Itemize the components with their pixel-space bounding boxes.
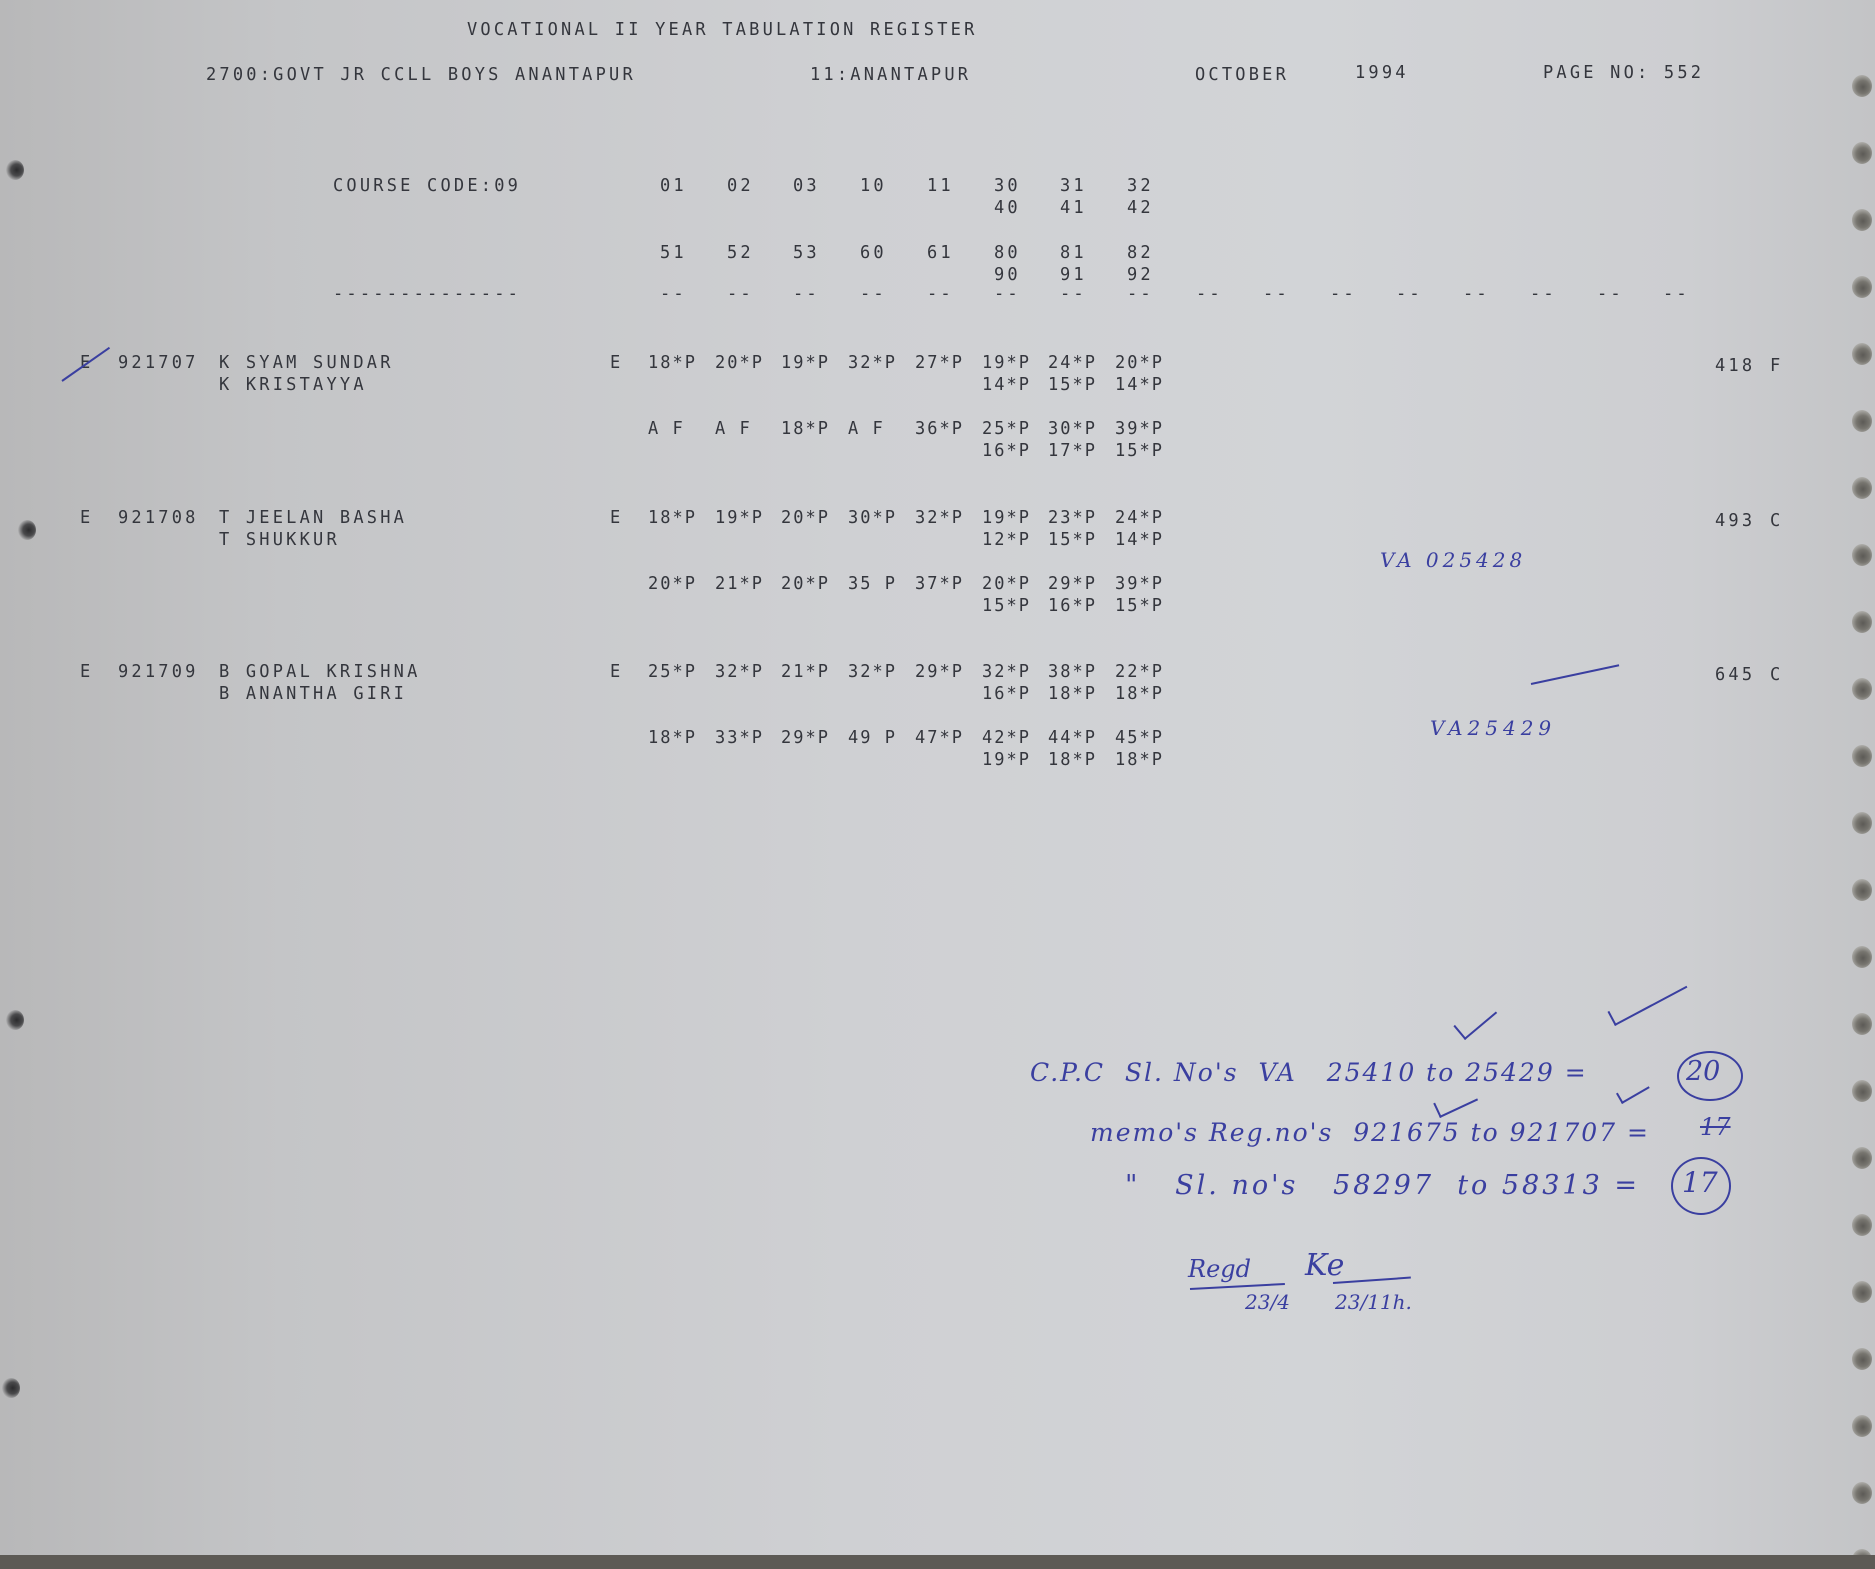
subject-mark: 32*P <box>848 353 897 374</box>
column-divider-dash: -- <box>727 284 754 305</box>
subject-mark: 30*P <box>848 508 897 529</box>
column-divider-dash: -- <box>1263 284 1290 305</box>
checkmark-icon <box>1453 999 1497 1040</box>
subject-mark: 16*P <box>982 441 1031 462</box>
subject-mark: 16*P <box>982 684 1031 705</box>
subject-mark: 49 P <box>848 728 897 749</box>
column-divider-dash: -- <box>660 284 687 305</box>
subject-mark: 32*P <box>915 508 964 529</box>
subject-mark: 24*P <box>1115 508 1164 529</box>
father-name: K KRISTAYYA <box>219 375 367 396</box>
subject-code: 53 <box>793 243 824 264</box>
column-divider-dash: -- <box>994 284 1021 305</box>
subject-code: 82 <box>1127 243 1158 264</box>
result-grade: C <box>1770 665 1783 686</box>
college-name: 2700:GOVT JR CCLL BOYS ANANTAPUR <box>206 65 636 86</box>
subject-mark: 25*P <box>982 419 1031 440</box>
feed-hole-icon <box>1852 1482 1872 1504</box>
feed-hole-icon <box>1852 946 1872 968</box>
subject-mark: 14*P <box>982 375 1031 396</box>
subject-code: 61 <box>927 243 958 264</box>
feed-hole-icon <box>1852 1348 1872 1370</box>
subject-mark: 36*P <box>915 419 964 440</box>
subject-mark: 44*P <box>1048 728 1097 749</box>
subject-mark: 24*P <box>1048 353 1097 374</box>
subject-mark: 18*P <box>648 728 697 749</box>
subject-mark: 33*P <box>715 728 764 749</box>
feed-hole-icon <box>1852 209 1872 231</box>
subject-mark: 18*P <box>1115 750 1164 771</box>
subject-mark: A F <box>715 419 752 440</box>
subject-code: 30 <box>994 176 1025 197</box>
column-divider-dash: -- <box>1463 284 1490 305</box>
feed-hole-icon <box>1852 1281 1872 1303</box>
subject-code: 51 <box>660 243 691 264</box>
subject-mark: 16*P <box>1048 596 1097 617</box>
feed-hole-icon <box>1852 410 1872 432</box>
feed-hole-icon <box>1852 879 1872 901</box>
total-marks: 645 <box>1715 665 1755 686</box>
column-divider-dash: -- <box>1060 284 1087 305</box>
subject-mark: 15*P <box>1115 441 1164 462</box>
course-code-label: COURSE CODE:09 <box>333 176 521 197</box>
subject-mark: 14*P <box>1115 530 1164 551</box>
subject-code: 92 <box>1127 265 1158 286</box>
feed-hole-icon <box>1852 1080 1872 1102</box>
punch-hole-icon <box>6 160 24 180</box>
subject-mark: 14*P <box>1115 375 1164 396</box>
subject-mark: 38*P <box>1048 662 1097 683</box>
subject-mark: 19*P <box>715 508 764 529</box>
pen-stroke <box>1531 664 1619 685</box>
exam-year: 1994 <box>1355 63 1409 84</box>
language-code: E <box>610 508 623 529</box>
feed-hole-icon <box>1852 343 1872 365</box>
page-number: PAGE NO: 552 <box>1543 63 1704 84</box>
student-name: K SYAM SUNDAR <box>219 353 394 374</box>
subject-code: 10 <box>860 176 891 197</box>
signature-regd: Regd <box>1188 1255 1251 1283</box>
feed-hole-icon <box>1852 812 1872 834</box>
subject-code: 41 <box>1060 198 1091 219</box>
subject-mark: 19*P <box>982 750 1031 771</box>
subject-mark: 23*P <box>1048 508 1097 529</box>
subject-mark: 17*P <box>1048 441 1097 462</box>
signature-date-right: 23/11h. <box>1335 1290 1412 1314</box>
memo-count-struck: 17 <box>1700 1113 1731 1141</box>
checkmark-icon <box>1433 1086 1478 1118</box>
column-divider-dash: -- <box>860 284 887 305</box>
feed-hole-icon <box>1852 1147 1872 1169</box>
subject-mark: 18*P <box>781 419 830 440</box>
subject-code: 02 <box>727 176 758 197</box>
medium-code: E <box>80 508 93 529</box>
punch-hole-icon <box>6 1010 24 1030</box>
column-divider-dash: -- <box>793 284 820 305</box>
subject-mark: 20*P <box>781 508 830 529</box>
column-divider-dash: -- <box>1196 284 1223 305</box>
subject-mark: 19*P <box>781 353 830 374</box>
subject-mark: 29*P <box>781 728 830 749</box>
certificate-annotation: VA25429 <box>1430 716 1556 740</box>
checkmark-icon <box>1607 973 1687 1026</box>
subject-code: 90 <box>994 265 1025 286</box>
feed-hole-icon <box>1852 1214 1872 1236</box>
subject-code: 01 <box>660 176 691 197</box>
feed-hole-icon <box>1852 477 1872 499</box>
result-grade: F <box>1770 356 1783 377</box>
student-name: T JEELAN BASHA <box>219 508 407 529</box>
column-divider-dash: -- <box>1530 284 1557 305</box>
medium-code: E <box>80 662 93 683</box>
subject-mark: 32*P <box>848 662 897 683</box>
subject-mark: 42*P <box>982 728 1031 749</box>
feed-hole-icon <box>1852 745 1872 767</box>
subject-mark: 25*P <box>648 662 697 683</box>
checkmark-icon <box>1616 1078 1650 1104</box>
signature-initials: Ke <box>1305 1248 1344 1283</box>
subject-mark: 18*P <box>1048 750 1097 771</box>
column-divider-dash: -- <box>1597 284 1624 305</box>
subject-code: 11 <box>927 176 958 197</box>
column-divider-dash: -- <box>1396 284 1423 305</box>
subject-mark: 21*P <box>781 662 830 683</box>
subject-mark: 32*P <box>982 662 1031 683</box>
district-name: 11:ANANTAPUR <box>810 65 971 86</box>
subject-mark: 19*P <box>982 353 1031 374</box>
subject-mark: A F <box>848 419 885 440</box>
student-name: B GOPAL KRISHNA <box>219 662 421 683</box>
punch-hole-icon <box>2 1378 20 1398</box>
register-number: 921709 <box>118 662 199 683</box>
register-number: 921708 <box>118 508 199 529</box>
signature-underline <box>1190 1283 1285 1290</box>
feed-hole-icon <box>1852 75 1872 97</box>
subject-mark: 20*P <box>781 574 830 595</box>
column-divider-dash: -- <box>1127 284 1154 305</box>
register-number: 921707 <box>118 353 199 374</box>
memo-reg-range: memo's Reg.no's 921675 to 921707 = <box>1090 1118 1650 1147</box>
subject-mark: 22*P <box>1115 662 1164 683</box>
subject-mark: 20*P <box>648 574 697 595</box>
subject-mark: 35 P <box>848 574 897 595</box>
memo-serial-count: 17 <box>1682 1166 1718 1199</box>
subject-code: 40 <box>994 198 1025 219</box>
subject-mark: 32*P <box>715 662 764 683</box>
scanned-document-page: VOCATIONAL II YEAR TABULATION REGISTER 2… <box>0 0 1875 1569</box>
subject-mark: 29*P <box>1048 574 1097 595</box>
subject-code: 32 <box>1127 176 1158 197</box>
subject-mark: 21*P <box>715 574 764 595</box>
signature-date-left: 23/4 <box>1245 1290 1290 1314</box>
certificate-annotation: VA 025428 <box>1380 548 1526 572</box>
subject-mark: 45*P <box>1115 728 1164 749</box>
subject-mark: 20*P <box>715 353 764 374</box>
exam-month: OCTOBER <box>1195 65 1289 86</box>
subject-mark: 37*P <box>915 574 964 595</box>
language-code: E <box>610 662 623 683</box>
subject-mark: 20*P <box>1115 353 1164 374</box>
feed-hole-icon <box>1852 611 1872 633</box>
signature-stroke <box>1333 1277 1411 1284</box>
cpc-count: 20 <box>1686 1056 1720 1087</box>
father-name: B ANANTHA GIRI <box>219 684 407 705</box>
feed-hole-icon <box>1852 1013 1872 1035</box>
language-code: E <box>610 353 623 374</box>
subject-mark: 19*P <box>982 508 1031 529</box>
feed-hole-icon <box>1852 1415 1872 1437</box>
result-grade: C <box>1770 511 1783 532</box>
subject-mark: 18*P <box>1115 684 1164 705</box>
punch-hole-icon <box>18 520 36 540</box>
column-divider-dash: -- <box>1330 284 1357 305</box>
page-bottom-edge <box>0 1555 1875 1569</box>
memo-serial-range: " Sl. no's 58297 to 58313 = <box>1125 1170 1640 1201</box>
subject-code: 81 <box>1060 243 1091 264</box>
subject-mark: 15*P <box>982 596 1031 617</box>
subject-code: 31 <box>1060 176 1091 197</box>
total-marks: 418 <box>1715 356 1755 377</box>
subject-code: 91 <box>1060 265 1091 286</box>
father-name: T SHUKKUR <box>219 530 340 551</box>
feed-hole-icon <box>1852 276 1872 298</box>
register-title: VOCATIONAL II YEAR TABULATION REGISTER <box>467 20 978 41</box>
total-marks: 493 <box>1715 511 1755 532</box>
feed-hole-icon <box>1852 544 1872 566</box>
subject-mark: A F <box>648 419 685 440</box>
column-divider-dash: -- <box>927 284 954 305</box>
subject-mark: 18*P <box>1048 684 1097 705</box>
subject-mark: 47*P <box>915 728 964 749</box>
column-divider-dash: -- <box>1663 284 1690 305</box>
subject-mark: 39*P <box>1115 574 1164 595</box>
cpc-serial-range: C.P.C Sl. No's VA 25410 to 25429 = <box>1030 1058 1588 1087</box>
subject-mark: 15*P <box>1048 530 1097 551</box>
course-code-underline: -------------- <box>333 284 521 305</box>
feed-hole-icon <box>1852 142 1872 164</box>
subject-code: 42 <box>1127 198 1158 219</box>
subject-mark: 15*P <box>1048 375 1097 396</box>
subject-mark: 18*P <box>648 353 697 374</box>
feed-hole-icon <box>1852 678 1872 700</box>
subject-mark: 39*P <box>1115 419 1164 440</box>
subject-mark: 20*P <box>982 574 1031 595</box>
subject-mark: 27*P <box>915 353 964 374</box>
subject-mark: 15*P <box>1115 596 1164 617</box>
subject-mark: 12*P <box>982 530 1031 551</box>
subject-code: 60 <box>860 243 891 264</box>
subject-mark: 29*P <box>915 662 964 683</box>
subject-mark: 30*P <box>1048 419 1097 440</box>
subject-mark: 18*P <box>648 508 697 529</box>
subject-code: 03 <box>793 176 824 197</box>
subject-code: 52 <box>727 243 758 264</box>
subject-code: 80 <box>994 243 1025 264</box>
